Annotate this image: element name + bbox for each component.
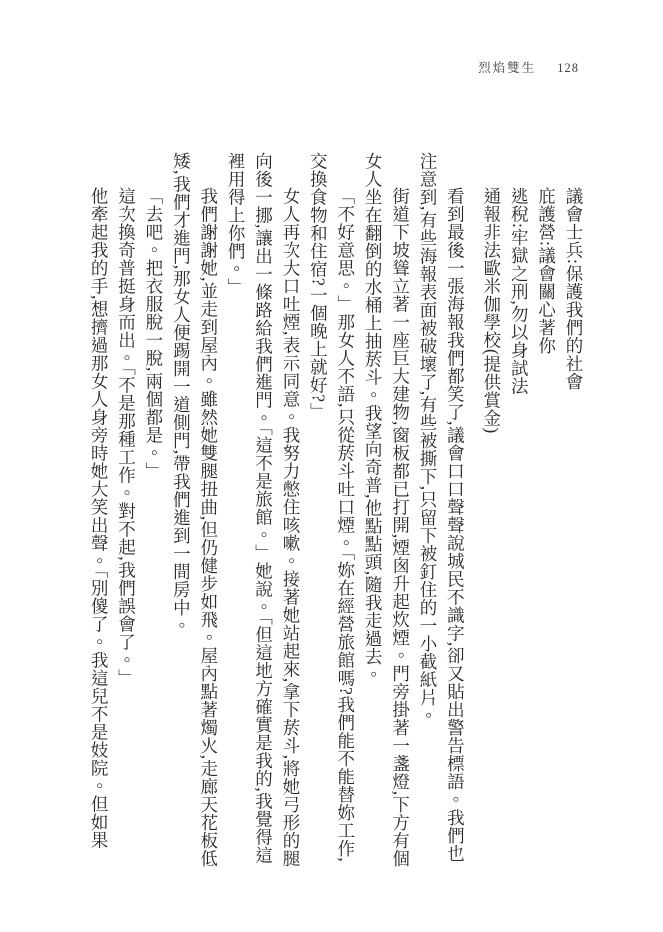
running-head: 烈焰雙生 128: [478, 58, 579, 76]
poster-line: 議會士兵:保護我們的社會: [560, 152, 587, 874]
body-paragraph: 我們謝謝她,並走到屋內。雖然她雙腿扭曲,但仍健步如飛。屋內點著燭火,走廊天花板低…: [167, 152, 222, 874]
body-paragraph: 這次換奇普挺身而出。「不是那種工作。對不起,我們誤會了。」: [112, 152, 139, 874]
body-paragraph: 看到最後一張海報我們都笑了,議會口口聲聲說城民不識字,卻又貼出警告標語。我們也注…: [414, 152, 469, 874]
body-paragraph: 他牽起我的手,想擠過那女人身旁時她大笑出聲。「別傻了。我這兒不是妓院。但如果: [85, 152, 112, 874]
body-paragraph: 「不好意思。」那女人不語,只從菸斗吐口煙。「妳在經營旅館嗎?我們能不能替妳工作,…: [304, 152, 359, 874]
poster-line: 通報非法歐米伽學校(提供賞金): [477, 152, 504, 874]
body-paragraph: 街道下坡聳立著一座巨大建物,窗板都已打開,煙囪升起炊煙。門旁掛著一盞燈,下方有個…: [359, 152, 414, 874]
body-paragraph: 女人再次大口吐煙,表示同意。我努力憋住咳嗽。接著她站起來,拿下菸斗,將她弓形的腿…: [222, 152, 304, 874]
poster-line: 庇護營:議會關心著你: [532, 152, 559, 874]
page-text: 議會士兵:保護我們的社會 庇護營:議會關心著你 逃稅:牢獄之刑,勿以身試法 通報…: [82, 152, 587, 874]
book-title: 烈焰雙生: [478, 61, 536, 75]
body-paragraph: 「去吧。把衣服脫一脫,兩個都是。」: [140, 152, 167, 874]
poster-quotes: 議會士兵:保護我們的社會 庇護營:議會關心著你 逃稅:牢獄之刑,勿以身試法 通報…: [477, 152, 587, 874]
book-page: 烈焰雙生 128 議會士兵:保護我們的社會 庇護營:議會關心著你 逃稅:牢獄之刑…: [0, 0, 663, 932]
poster-line: 逃稅:牢獄之刑,勿以身試法: [505, 152, 532, 874]
page-number: 128: [557, 61, 579, 75]
